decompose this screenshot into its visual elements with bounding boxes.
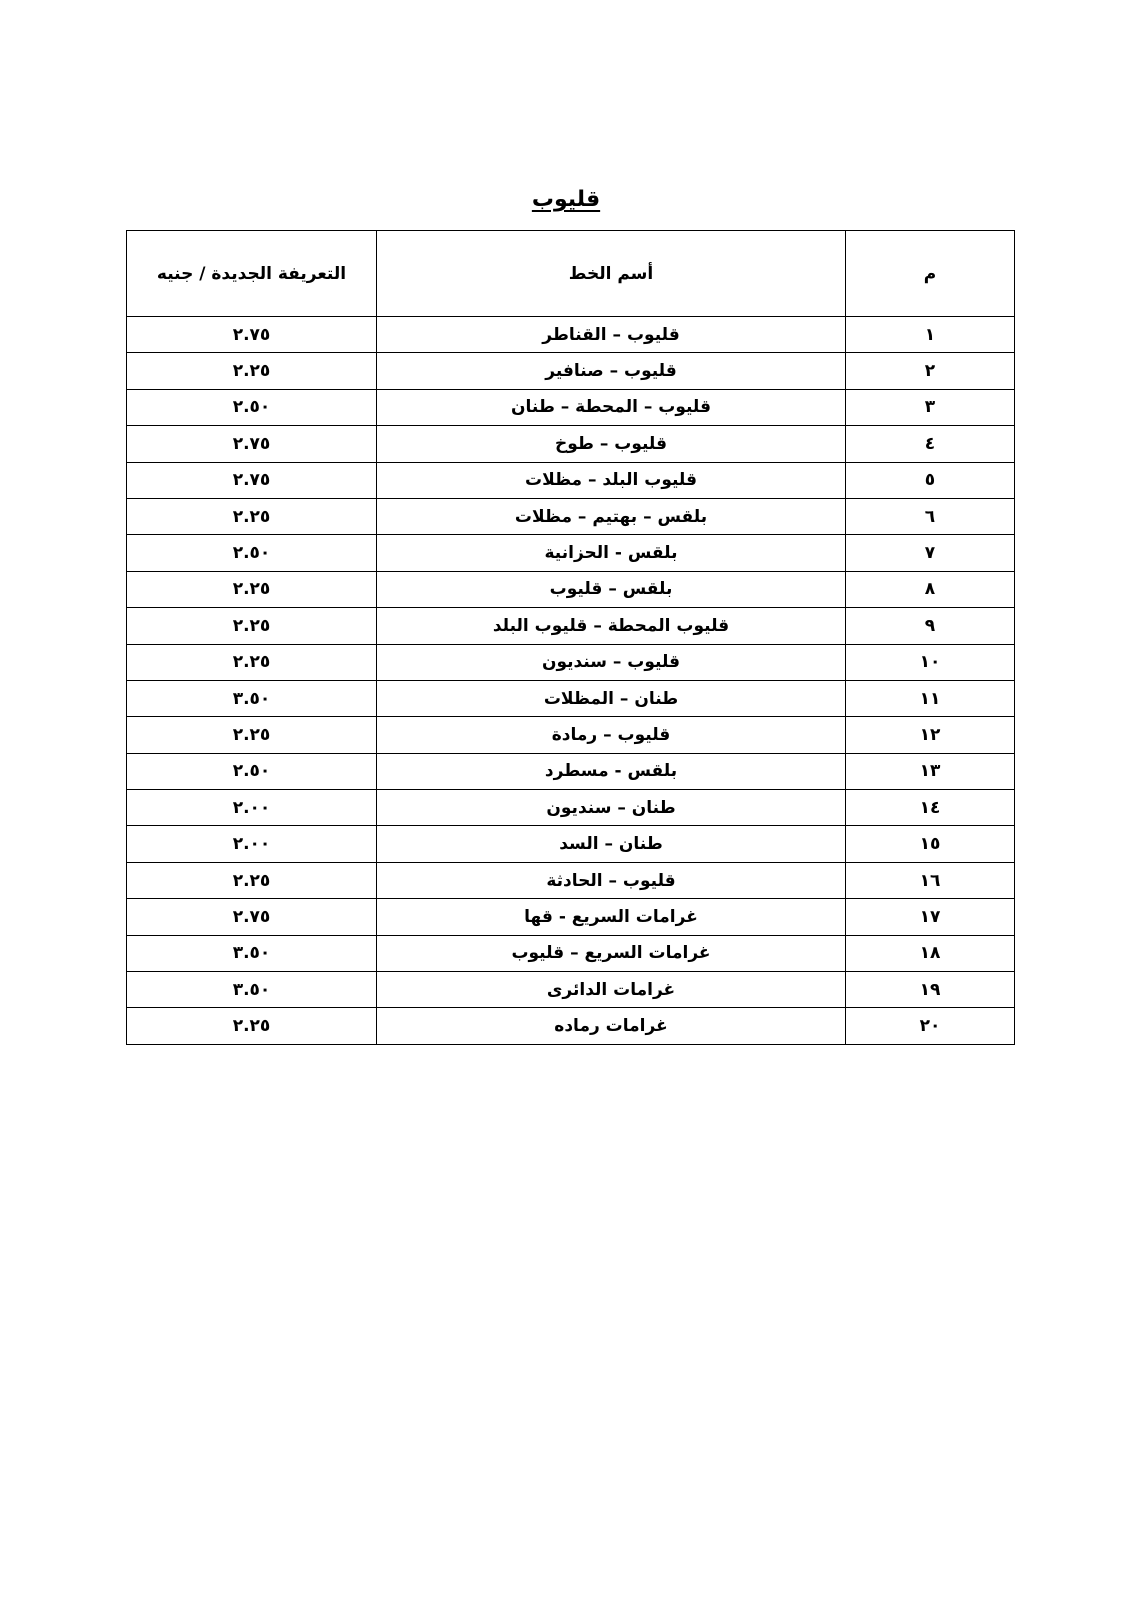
row-num: ٣ [846, 389, 1015, 425]
row-num: ٢ [846, 353, 1015, 389]
row-line-name: غرامات رماده [377, 1008, 846, 1044]
row-fare: ٢.٧٥ [127, 317, 377, 353]
row-num: ١ [846, 317, 1015, 353]
fares-table: م أسم الخط التعريفة الجديدة / جنيه ١ قلي… [126, 230, 1015, 1045]
row-num: ١٤ [846, 790, 1015, 826]
row-num: ٢٠ [846, 1008, 1015, 1044]
row-num: ١٥ [846, 826, 1015, 862]
row-fare: ٢.٢٥ [127, 1008, 377, 1044]
row-fare: ٢.٢٥ [127, 862, 377, 898]
row-line-name: قليوب – صنافير [377, 353, 846, 389]
row-num: ١٠ [846, 644, 1015, 680]
row-num: ١٣ [846, 753, 1015, 789]
row-fare: ٢.٢٥ [127, 608, 377, 644]
table-row: ١٤ طنان – سنديون ٢.٠٠ [127, 790, 1015, 826]
row-fare: ٣.٥٠ [127, 972, 377, 1008]
row-num: ١٧ [846, 899, 1015, 935]
row-fare: ٢.٧٥ [127, 462, 377, 498]
header-num: م [846, 231, 1015, 317]
header-line-name: أسم الخط [377, 231, 846, 317]
table-row: ٢ قليوب – صنافير ٢.٢٥ [127, 353, 1015, 389]
row-line-name: قليوب – طوخ [377, 426, 846, 462]
row-fare: ٢.٢٥ [127, 498, 377, 534]
row-fare: ٢.٢٥ [127, 644, 377, 680]
row-fare: ٢.٥٠ [127, 535, 377, 571]
row-fare: ٢.٧٥ [127, 426, 377, 462]
row-num: ١١ [846, 680, 1015, 716]
row-fare: ٢.٥٠ [127, 753, 377, 789]
table-row: ١٣ بلقس - مسطرد ٢.٥٠ [127, 753, 1015, 789]
table-row: ١٢ قليوب – رمادة ٢.٢٥ [127, 717, 1015, 753]
table-row: ١٧ غرامات السريع - قها ٢.٧٥ [127, 899, 1015, 935]
row-line-name: غرامات الدائرى [377, 972, 846, 1008]
row-line-name: قليوب – سنديون [377, 644, 846, 680]
row-line-name: بلقس – بهتيم – مظلات [377, 498, 846, 534]
row-fare: ٢.٠٠ [127, 790, 377, 826]
row-fare: ٣.٥٠ [127, 680, 377, 716]
table-row: ١٦ قليوب – الحادثة ٢.٢٥ [127, 862, 1015, 898]
row-fare: ٣.٥٠ [127, 935, 377, 971]
row-num: ٧ [846, 535, 1015, 571]
row-num: ٥ [846, 462, 1015, 498]
table-header-row: م أسم الخط التعريفة الجديدة / جنيه [127, 231, 1015, 317]
row-line-name: قليوب البلد – مظلات [377, 462, 846, 498]
page-title: قليوب [0, 184, 1132, 216]
row-line-name: طنان – السد [377, 826, 846, 862]
table-row: ٥ قليوب البلد – مظلات ٢.٧٥ [127, 462, 1015, 498]
row-line-name: بلقس – قليوب [377, 571, 846, 607]
table-row: ٤ قليوب – طوخ ٢.٧٥ [127, 426, 1015, 462]
row-line-name: قليوب – الحادثة [377, 862, 846, 898]
table-row: ١٠ قليوب – سنديون ٢.٢٥ [127, 644, 1015, 680]
row-line-name: بلقس - الحزانية [377, 535, 846, 571]
row-fare: ٢.٧٥ [127, 899, 377, 935]
row-line-name: طنان – المظلات [377, 680, 846, 716]
header-fare: التعريفة الجديدة / جنيه [127, 231, 377, 317]
table-row: ١٨ غرامات السريع – قليوب ٣.٥٠ [127, 935, 1015, 971]
row-fare: ٢.٢٥ [127, 717, 377, 753]
table-row: ١١ طنان – المظلات ٣.٥٠ [127, 680, 1015, 716]
table-row: ٧ بلقس - الحزانية ٢.٥٠ [127, 535, 1015, 571]
row-line-name: قليوب المحطة – قليوب البلد [377, 608, 846, 644]
row-line-name: بلقس - مسطرد [377, 753, 846, 789]
row-num: ١٦ [846, 862, 1015, 898]
table-row: ٦ بلقس – بهتيم – مظلات ٢.٢٥ [127, 498, 1015, 534]
table-row: ١٩ غرامات الدائرى ٣.٥٠ [127, 972, 1015, 1008]
row-line-name: قليوب – رمادة [377, 717, 846, 753]
row-line-name: طنان – سنديون [377, 790, 846, 826]
row-line-name: قليوب – القناطر [377, 317, 846, 353]
table-row: ٩ قليوب المحطة – قليوب البلد ٢.٢٥ [127, 608, 1015, 644]
row-line-name: قليوب – المحطة – طنان [377, 389, 846, 425]
row-line-name: غرامات السريع - قها [377, 899, 846, 935]
row-num: ٤ [846, 426, 1015, 462]
row-fare: ٢.٠٠ [127, 826, 377, 862]
table-row: ٨ بلقس – قليوب ٢.٢٥ [127, 571, 1015, 607]
table-row: ٢٠ غرامات رماده ٢.٢٥ [127, 1008, 1015, 1044]
row-fare: ٢.٥٠ [127, 389, 377, 425]
row-num: ٨ [846, 571, 1015, 607]
row-num: ٦ [846, 498, 1015, 534]
table-row: ١ قليوب – القناطر ٢.٧٥ [127, 317, 1015, 353]
row-fare: ٢.٢٥ [127, 353, 377, 389]
row-num: ٩ [846, 608, 1015, 644]
table-row: ١٥ طنان – السد ٢.٠٠ [127, 826, 1015, 862]
row-num: ١٩ [846, 972, 1015, 1008]
row-num: ١٨ [846, 935, 1015, 971]
row-line-name: غرامات السريع – قليوب [377, 935, 846, 971]
row-num: ١٢ [846, 717, 1015, 753]
row-fare: ٢.٢٥ [127, 571, 377, 607]
table-row: ٣ قليوب – المحطة – طنان ٢.٥٠ [127, 389, 1015, 425]
